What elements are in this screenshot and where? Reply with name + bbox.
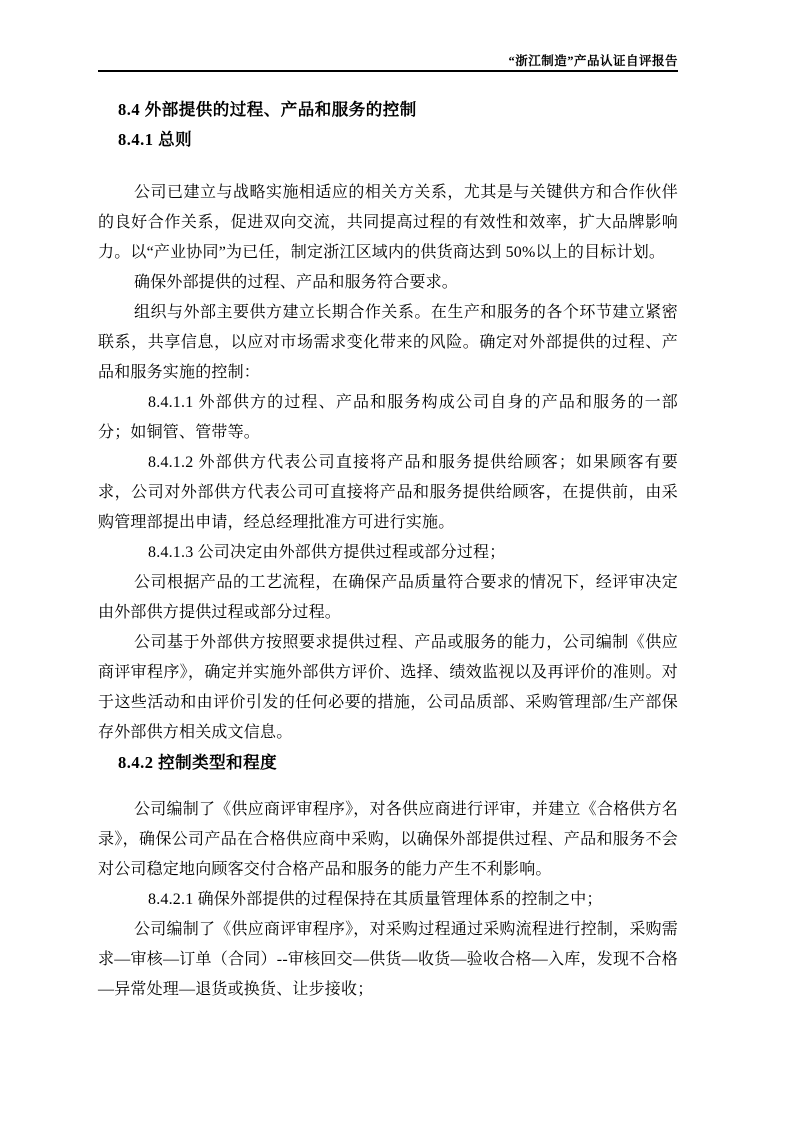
paragraph-ensure-conformity: 确保外部提供的过程、产品和服务符合要求。 [98, 268, 678, 298]
paragraph-strategy-relations: 公司已建立与战略实施相适应的相关方关系，尤其是与关键供方和合作伙伴的良好合作关系… [98, 178, 678, 268]
page-header-title: “浙江制造”产品认证自评报告 [508, 51, 678, 69]
paragraph-supplier-cooperation: 组织与外部主要供方建立长期合作关系。在生产和服务的各个环节建立紧密联系，共享信息… [98, 298, 678, 388]
document-page: “浙江制造”产品认证自评报告 8.4 外部提供的过程、产品和服务的控制 8.4.… [0, 0, 800, 1131]
paragraph-8-4-1-3: 8.4.1.3 公司决定由外部供方提供过程或部分过程； [98, 538, 678, 568]
section-heading-8-4-1: 8.4.1 总则 [98, 125, 678, 155]
paragraph-supplier-evaluation-criteria: 公司基于外部供方按照要求提供过程、产品或服务的能力，公司编制《供应商评审程序》，… [98, 628, 678, 748]
document-content: 8.4 外部提供的过程、产品和服务的控制 8.4.1 总则 公司已建立与战略实施… [98, 95, 678, 1005]
paragraph-8-4-1-1: 8.4.1.1 外部供方的过程、产品和服务构成公司自身的产品和服务的一部分；如铜… [98, 388, 678, 448]
paragraph-qualified-supplier-list: 公司编制了《供应商评审程序》，对各供应商进行评审，并建立《合格供方名录》，确保公… [98, 795, 678, 885]
section-heading-8-4: 8.4 外部提供的过程、产品和服务的控制 [98, 95, 678, 125]
paragraph-process-review: 公司根据产品的工艺流程，在确保产品质量符合要求的情况下，经评审决定由外部供方提供… [98, 568, 678, 628]
paragraph-8-4-2-1: 8.4.2.1 确保外部提供的过程保持在其质量管理体系的控制之中； [98, 885, 678, 915]
paragraph-8-4-1-2: 8.4.1.2 外部供方代表公司直接将产品和服务提供给顾客；如果顾客有要求，公司… [98, 448, 678, 538]
paragraph-purchase-flow-control: 公司编制了《供应商评审程序》，对采购过程通过采购流程进行控制，采购需求—审核—订… [98, 915, 678, 1005]
header-rule [98, 70, 678, 72]
section-heading-8-4-2: 8.4.2 控制类型和程度 [98, 748, 678, 778]
